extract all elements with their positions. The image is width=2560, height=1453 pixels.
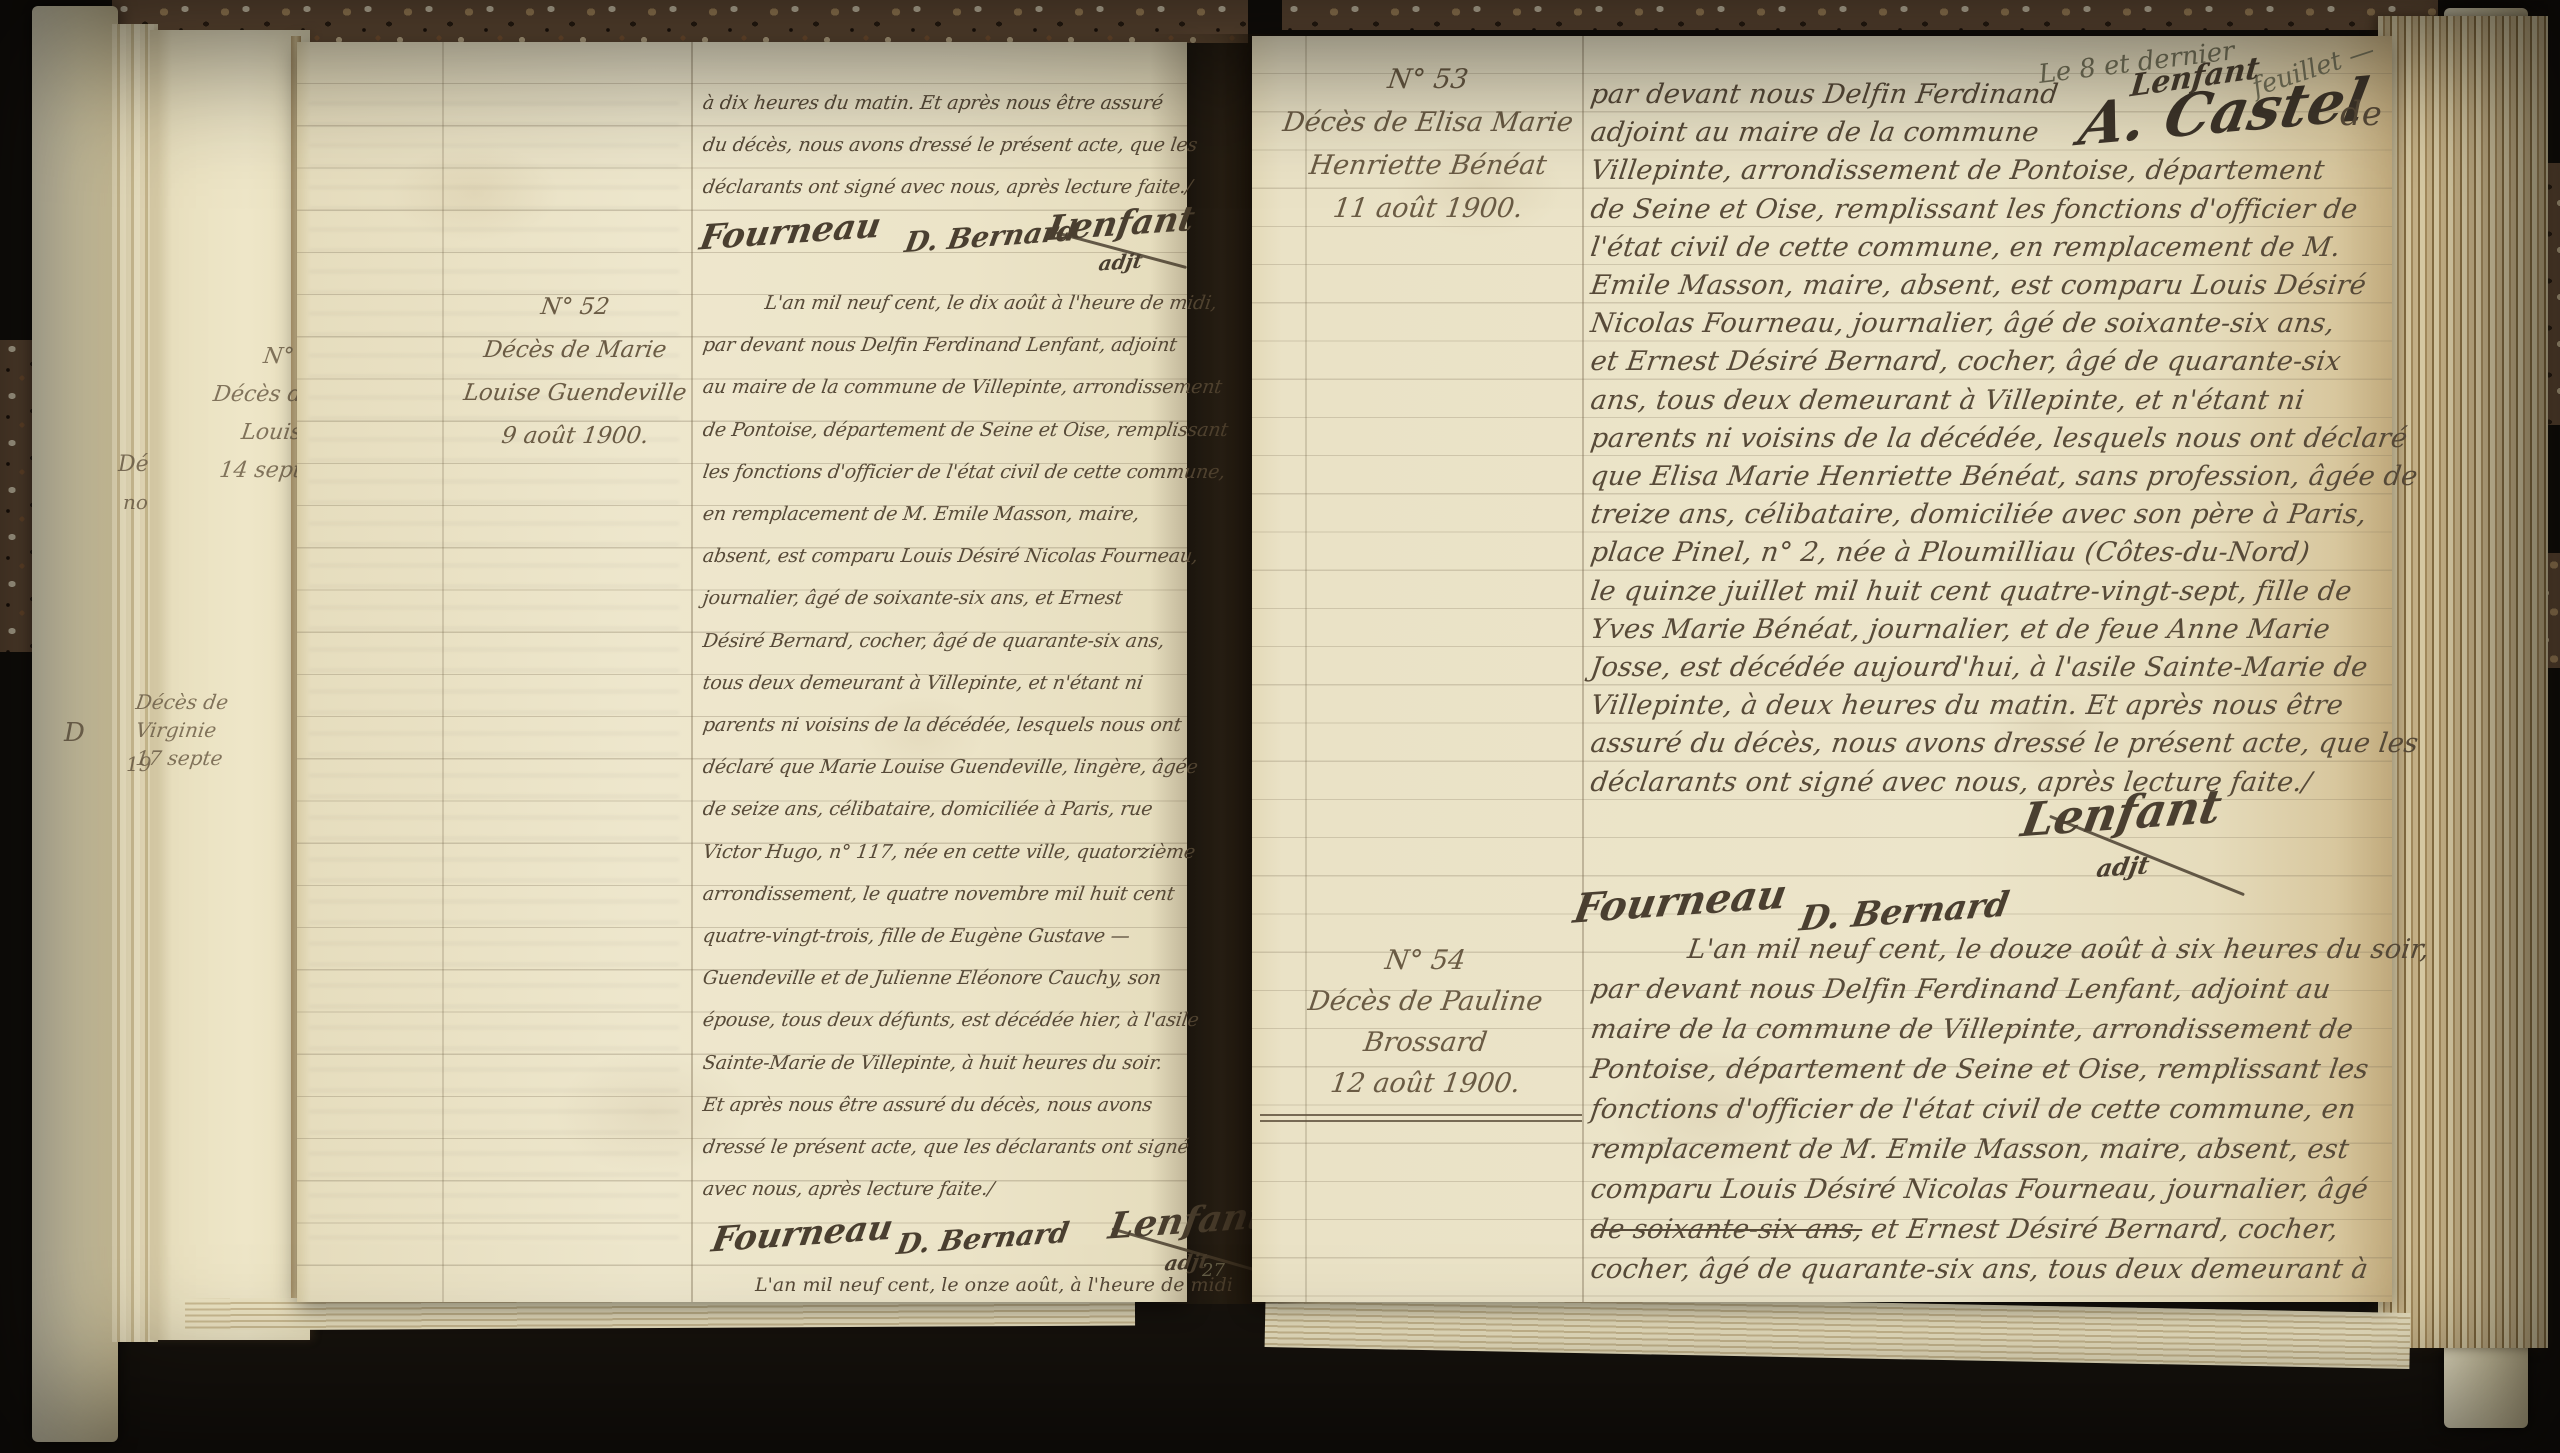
manuscript-line: au maire de la commune de Villepinte, ar… xyxy=(700,366,1206,408)
manuscript-line: à dix heures du matin. Et après nous êtr… xyxy=(700,82,1206,124)
manuscript-line: de xyxy=(2340,94,2382,134)
manuscript-line: du décès, nous avons dressé le présent a… xyxy=(700,124,1206,166)
act54-margin-closing-rule xyxy=(1260,1114,1582,1122)
manuscript-line: Josse, est décédée aujourd'hui, à l'asil… xyxy=(1588,649,2405,687)
manuscript-line: dressé le présent acte, que les déclaran… xyxy=(700,1126,1206,1168)
act52-body-text: L'an mil neuf cent, le dix août à l'heur… xyxy=(700,282,1200,1210)
manuscript-line: Louise xyxy=(164,414,312,452)
manuscript-line: épouse, tous deux défunts, est décédée h… xyxy=(700,999,1206,1041)
struck-text: de soixante-six ans, xyxy=(1589,1214,1865,1245)
manuscript-line: Brossard xyxy=(1260,1022,1591,1063)
manuscript-line: déclarants ont signé avec nous, après le… xyxy=(1588,764,2405,802)
deep-leaf-fragment-d: 19 xyxy=(126,752,151,776)
manuscript-line: le quinze juillet mil huit cent quatre-v… xyxy=(1588,573,2405,611)
manuscript-line: treize ans, célibataire, domiciliée avec… xyxy=(1588,496,2405,534)
signature-bernard: D. Bernard xyxy=(894,1216,1071,1261)
manuscript-line: et Ernest Désiré Bernard, cocher, âgé de… xyxy=(1588,343,2405,381)
manuscript-line: tous deux demeurant à Villepinte, et n'é… xyxy=(700,662,1206,704)
manuscript-line: arrondissement, le quatre novembre mil h… xyxy=(700,873,1206,915)
manuscript-line: Décès de xyxy=(164,376,312,414)
manuscript-line: Yves Marie Bénéat, journalier, et de feu… xyxy=(1588,611,2405,649)
manuscript-line: l'état civil de cette commune, en rempla… xyxy=(1588,229,2405,267)
manuscript-line: 14 septe xyxy=(164,452,312,490)
manuscript-line: absent, est comparu Louis Désiré Nicolas… xyxy=(700,535,1206,577)
manuscript-text: et Ernest Désiré Bernard, cocher, xyxy=(1860,1214,2340,1245)
manuscript-line: 12 août 1900. xyxy=(1260,1063,1591,1104)
manuscript-line: 17 septe xyxy=(134,744,264,772)
underlying-leaf-margin-annotation-upper: N° 5Décès deLouise14 septe xyxy=(164,338,312,490)
underlying-leaf-left xyxy=(150,30,310,1340)
manuscript-line: Et après nous être assuré du décès, nous… xyxy=(700,1084,1206,1126)
manuscript-line: que Elisa Marie Henriette Bénéat, sans p… xyxy=(1588,458,2405,496)
signature-fourneau: Fourneau xyxy=(697,205,884,258)
act53-margin-annotation: N° 53Décès de Elisa MarieHenriette Bénéa… xyxy=(1260,58,1590,230)
manuscript-line: Emile Masson, maire, absent, est comparu… xyxy=(1588,267,2405,305)
manuscript-line: déclaré que Marie Louise Guendeville, li… xyxy=(700,746,1206,788)
manuscript-line: N° 52 xyxy=(452,286,698,329)
ink-bleedthrough xyxy=(309,102,679,1242)
manuscript-line: journalier, âgé de soixante-six ans, et … xyxy=(700,577,1206,619)
manuscript-line: remplacement de M. Emile Masson, maire, … xyxy=(1588,1130,2406,1170)
manuscript-line: Virginie xyxy=(134,716,264,744)
manuscript-line: 11 août 1900. xyxy=(1260,187,1596,230)
manuscript-line: assuré du décès, nous avons dressé le pr… xyxy=(1588,725,2405,763)
manuscript-line: Villepinte, à deux heures du matin. Et a… xyxy=(1588,687,2405,725)
manuscript-line: de soixante-six ans, et Ernest Désiré Be… xyxy=(1588,1210,2406,1250)
act54-body-text: L'an mil neuf cent, le douze août à six … xyxy=(1588,930,2400,1210)
bottom-edge-right-block xyxy=(1265,1291,2411,1369)
manuscript-line: cocher, âgé de quarante-six ans, tous de… xyxy=(1588,1250,2406,1290)
deep-leaf-fragment-b: no xyxy=(123,490,148,514)
deep-leaf-fragment-a: Dé xyxy=(118,452,149,477)
manuscript-line: Nicolas Fourneau, journalier, âgé de soi… xyxy=(1588,305,2405,343)
manuscript-line: comparu Louis Désiré Nicolas Fourneau, j… xyxy=(1588,1170,2406,1210)
manuscript-line: place Pinel, n° 2, née à Ploumilliau (Cô… xyxy=(1588,534,2405,572)
manuscript-line: quatre-vingt-trois, fille de Eugène Gust… xyxy=(700,915,1206,957)
manuscript-line: Guendeville et de Julienne Eléonore Cauc… xyxy=(700,957,1206,999)
signature-fourneau: Fourneau xyxy=(1570,870,1790,933)
manuscript-line: de Seine et Oise, remplissant les foncti… xyxy=(1588,191,2405,229)
manuscript-line: Henriette Bénéat xyxy=(1260,144,1596,187)
manuscript-line: ans, tous deux demeurant à Villepinte, e… xyxy=(1588,382,2405,420)
act53-line2-tail-word: de xyxy=(2340,94,2382,134)
manuscript-line: Décès de Elisa Marie xyxy=(1260,101,1596,144)
underlying-leaf-margin-annotation-lower: Décès deVirginie17 septe xyxy=(134,688,264,772)
marbled-endpaper-top-right xyxy=(1282,0,2438,30)
manuscript-line: de Pontoise, département de Seine et Ois… xyxy=(700,409,1206,451)
register-photograph: N° 5Décès deLouise14 septe Dé no Décès d… xyxy=(0,0,2560,1453)
manuscript-line: fonctions d'officier de l'état civil de … xyxy=(1588,1090,2406,1130)
manuscript-line: Louise Guendeville xyxy=(452,372,698,415)
left-page-fold-crease xyxy=(442,42,444,1302)
manuscript-line: Sainte-Marie de Villepinte, à huit heure… xyxy=(700,1042,1206,1084)
manuscript-line: Désiré Bernard, cocher, âgé de quarante-… xyxy=(700,620,1206,662)
left-page: à dix heures du matin. Et après nous êtr… xyxy=(297,42,1187,1302)
manuscript-line: parents ni voisins de la décédée, lesque… xyxy=(1588,420,2405,458)
manuscript-line: les fonctions d'officier de l'état civil… xyxy=(700,451,1206,493)
manuscript-line: Pontoise, département de Seine et Oise, … xyxy=(1588,1050,2406,1090)
manuscript-line: N° 5 xyxy=(164,338,312,376)
manuscript-line: Décès de Pauline xyxy=(1260,981,1591,1022)
manuscript-line: en remplacement de M. Emile Masson, mair… xyxy=(700,493,1206,535)
manuscript-line: par devant nous Delfin Ferdinand Lenfant… xyxy=(1588,970,2406,1010)
page-stack-right xyxy=(2378,16,2548,1348)
manuscript-line: N° 54 xyxy=(1260,940,1591,981)
signature-fourneau: Fourneau xyxy=(709,1207,896,1260)
manuscript-line: N° 53 xyxy=(1260,58,1596,101)
manuscript-line: Victor Hugo, n° 117, née en cette ville,… xyxy=(700,831,1206,873)
manuscript-line: par devant nous Delfin Ferdinand Lenfant… xyxy=(700,324,1206,366)
deep-leaf-fragment-c: D xyxy=(64,718,85,748)
act54-margin-annotation: N° 54Décès de PaulineBrossard12 août 190… xyxy=(1260,940,1585,1104)
manuscript-line: maire de la commune de Villepinte, arron… xyxy=(1588,1010,2406,1050)
manuscript-line: Villepinte, arrondissement de Pontoise, … xyxy=(1588,152,2405,190)
manuscript-line: de seize ans, célibataire, domiciliée à … xyxy=(700,788,1206,830)
manuscript-line: Décès de xyxy=(134,688,264,716)
act52-margin-annotation: N° 52Décès de MarieLouise Guendeville9 a… xyxy=(452,286,692,458)
act54-strike-line: de soixante-six ans, et Ernest Désiré Be… xyxy=(1588,1210,2400,1250)
act53-body-text: par devant nous Delfin Ferdinandadjoint … xyxy=(1588,76,2400,802)
manuscript-line: Décès de Marie xyxy=(452,329,698,372)
act54-last-line: cocher, âgé de quarante-six ans, tous de… xyxy=(1588,1250,2400,1290)
manuscript-line: parents ni voisins de la décédée, lesque… xyxy=(700,704,1206,746)
manuscript-line: L'an mil neuf cent, le douze août à six … xyxy=(1588,930,2406,970)
manuscript-line: 9 août 1900. xyxy=(452,415,698,458)
act51-continuation-text: à dix heures du matin. Et après nous êtr… xyxy=(700,82,1200,209)
manuscript-line: L'an mil neuf cent, le dix août à l'heur… xyxy=(700,282,1206,324)
left-page-margin-rule xyxy=(691,42,693,1302)
right-page: Le 8 et dernier feuillet — N° 53Décès de… xyxy=(1252,36,2392,1302)
